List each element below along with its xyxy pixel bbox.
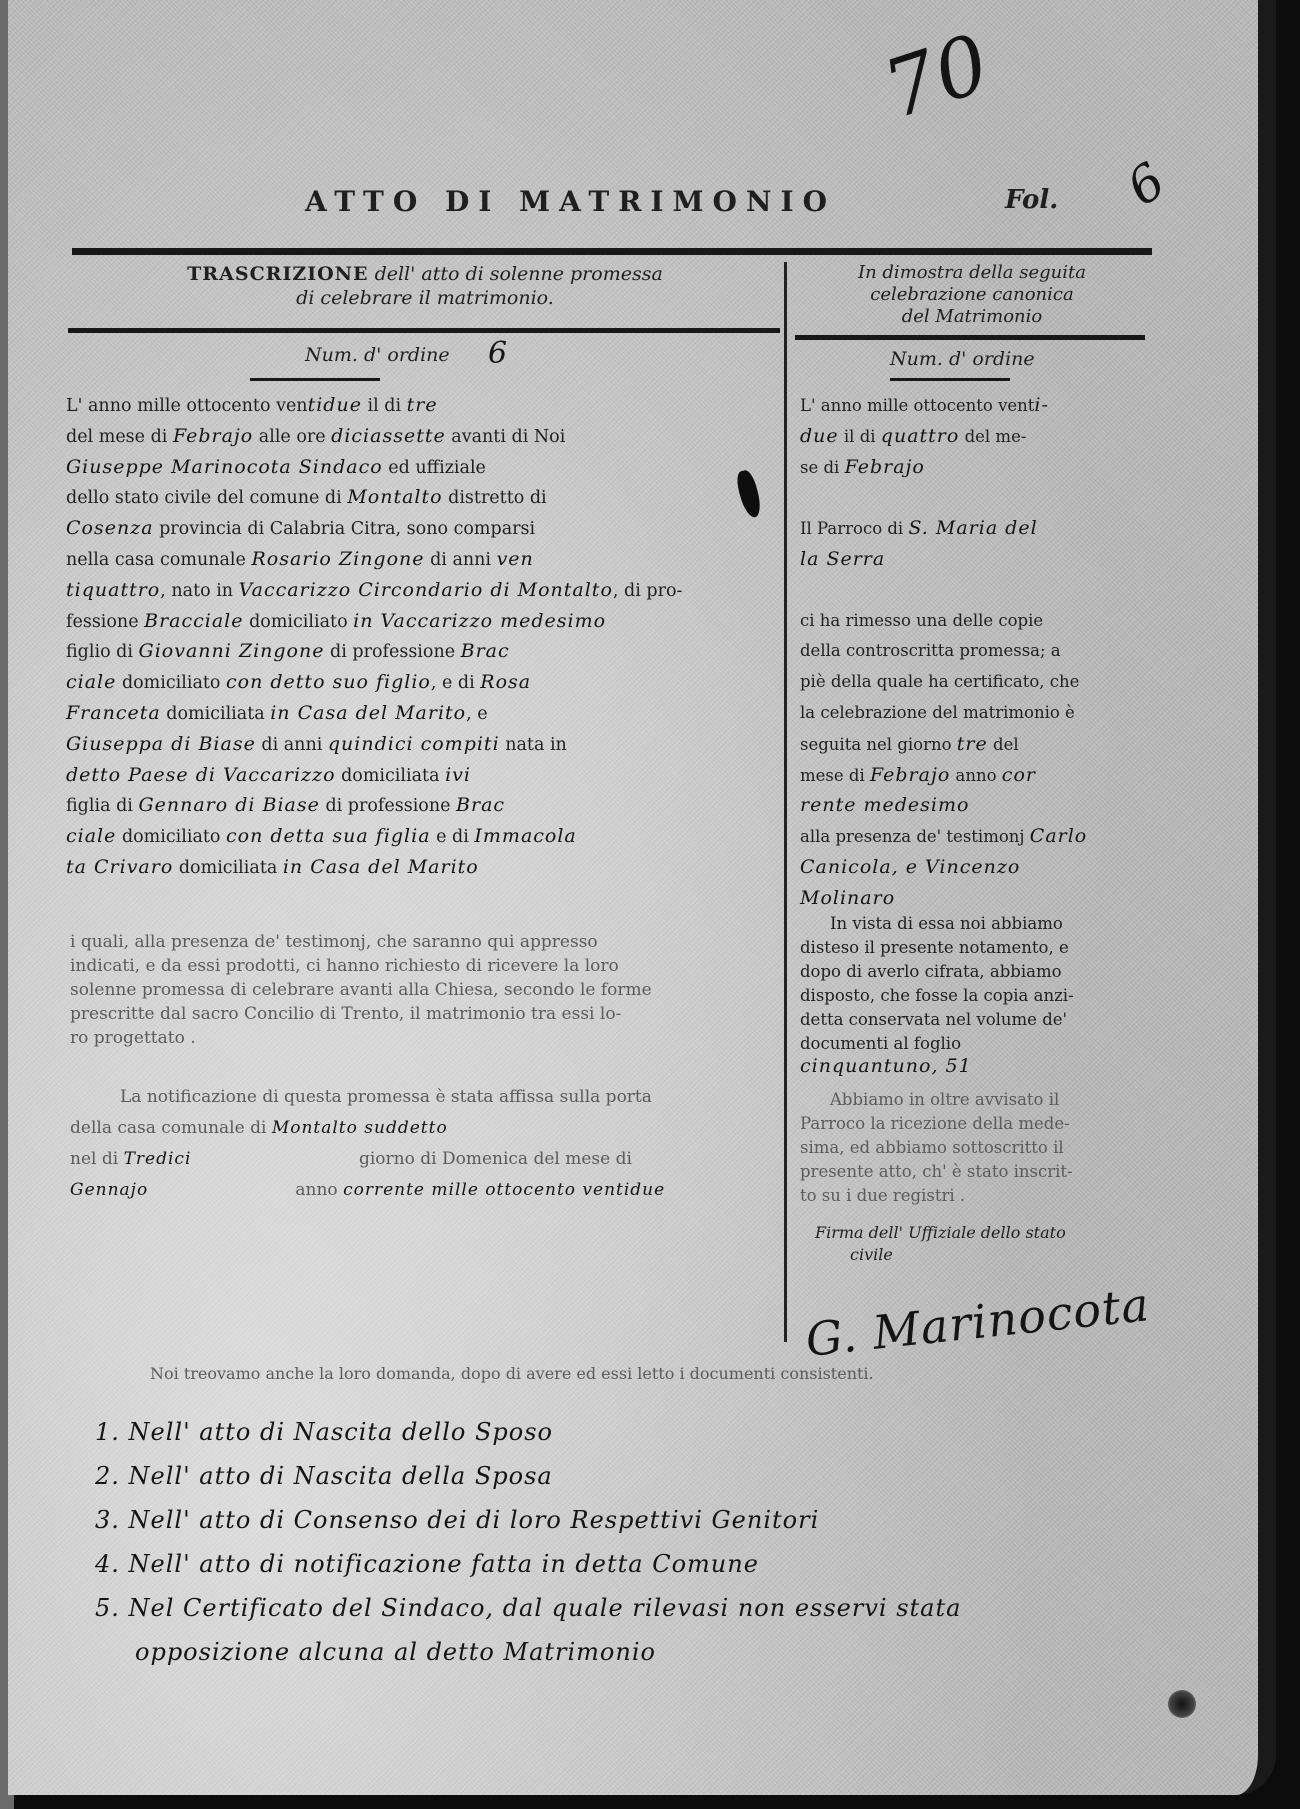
printed-text: di anni (256, 735, 328, 755)
avviso-line: sima, ed abbiamo sottoscritto il (800, 1136, 1073, 1160)
handwritten-entry: con detta sua figlia (226, 825, 431, 847)
notification-line3-rest: giorno di Domenica del mese di (354, 1149, 632, 1169)
handwritten-entry: ta Crivaro (66, 856, 173, 878)
printed-text: nata in (500, 735, 567, 755)
document-list-item: 1. Nell' atto di Nascita dello Sposo (95, 1410, 961, 1454)
handwritten-entry: tiquattro (66, 579, 160, 601)
right-line: ci ha rimesso una delle copie (800, 606, 1145, 637)
printed-text: domiciliata (173, 858, 283, 878)
left-order-underline (250, 378, 380, 381)
handwritten-entry: rente medesimo (800, 794, 969, 816)
printed-text: ci ha rimesso una delle copie (800, 611, 1043, 630)
right-line: se di Febrajo (800, 452, 1145, 483)
document-list-item: 5. Nel Certificato del Sindaco, dal qual… (95, 1586, 961, 1630)
printed-text: alla presenza de' testimonj (800, 827, 1030, 846)
printed-text: se di (800, 458, 845, 477)
printed-text: avanti di Noi (446, 427, 566, 447)
right-line (800, 575, 1145, 606)
handwritten-entry: Febrajo (870, 764, 950, 786)
handwritten-entry: detto Paese di Vaccarizzo (66, 764, 336, 786)
handwritten-entry: cor (1002, 764, 1036, 786)
handwritten-entry: i- (1034, 394, 1049, 416)
handwritten-entry: in Casa del Marito (270, 702, 466, 724)
document-list-item: 4. Nell' atto di notificazione fatta in … (95, 1542, 961, 1586)
request-paragraph: i quali, alla presenza de' testimonj, ch… (70, 930, 652, 1050)
left-column-header: TRASCRIZIONE dell' atto di solenne prome… (70, 262, 780, 310)
handwritten-entry: Vaccarizzo Circondario di Montalto (239, 579, 613, 601)
right-header-line2: celebrazione canonica (870, 284, 1073, 305)
handwritten-entry: ven (497, 548, 534, 570)
request-line: prescritte dal sacro Concilio di Trento,… (70, 1002, 652, 1026)
handwritten-entry: Immacola (474, 825, 576, 847)
avviso-line: Abbiamo in oltre avvisato il (800, 1088, 1073, 1112)
printed-text: mese di (800, 766, 870, 785)
printed-text: il di (839, 427, 881, 446)
right-line: seguita nel giorno tre del (800, 729, 1145, 760)
handwritten-entry: Febrajo (173, 425, 253, 447)
notification-place: Montalto suddetto (272, 1118, 448, 1138)
printed-text: figlio di (66, 642, 139, 662)
request-line: indicati, e da essi prodotti, ci hanno r… (70, 954, 652, 978)
handwritten-entry: S. Maria del (908, 517, 1037, 539)
column-divider (784, 262, 787, 1342)
vista-line: detta conservata nel volume de' (800, 1008, 1074, 1032)
handwritten-entry: ciale (66, 671, 116, 693)
handwritten-entry: in Casa del Marito (283, 856, 479, 878)
document-list-item: 3. Nell' atto di Consenso dei di loro Re… (95, 1498, 961, 1542)
handwritten-entry: Molinaro (800, 887, 895, 909)
handwritten-entry: in Vaccarizzo medesimo (353, 610, 606, 632)
right-line: piè della quale ha certificato, che (800, 667, 1145, 698)
handwritten-entry: con detto suo figlio (226, 671, 431, 693)
handwritten-entry: tre (407, 394, 438, 416)
handwritten-entry: quattro (881, 425, 960, 447)
handwritten-entry: Cosenza (66, 517, 154, 539)
printed-text: , e di (431, 673, 480, 693)
right-line: mese di Febrajo anno cor (800, 760, 1145, 791)
notification-day: Tredici (124, 1144, 354, 1175)
handwritten-entry: Carlo (1030, 825, 1087, 847)
printed-text: domiciliata (161, 704, 271, 724)
handwritten-entry: quindici compiti (328, 733, 500, 755)
printed-text: L' anno mille ottocento vent (800, 396, 1034, 415)
handwritten-entry: Giuseppe Marinocota Sindaco (66, 456, 383, 478)
right-column-body: L' anno mille ottocento venti-due il di … (800, 390, 1145, 914)
left-line: Franceta domiciliata in Casa del Marito,… (66, 698, 778, 729)
notification-line3-print: nel di (70, 1149, 124, 1169)
left-line: nella casa comunale Rosario Zingone di a… (66, 544, 778, 575)
left-line: Giuseppe Marinocota Sindaco ed uffiziale (66, 452, 778, 483)
documents-intro: Noi treovamo anche la loro domanda, dopo… (150, 1364, 874, 1383)
handwritten-entry: Brac (456, 794, 505, 816)
right-line (800, 482, 1145, 513)
handwritten-entry: Franceta (66, 702, 161, 724)
handwritten-entry: due (800, 425, 839, 447)
header-bold-word: TRASCRIZIONE (187, 263, 368, 285)
printed-text: dello stato civile del comune di (66, 488, 347, 508)
printed-text: , e (466, 704, 487, 724)
printed-text: Il Parroco di (800, 519, 908, 538)
right-line: alla presenza de' testimonj Carlo (800, 821, 1145, 852)
printed-text: figlia di (66, 796, 138, 816)
handwritten-entry: tre (957, 733, 988, 755)
printed-text: distretto di (443, 488, 547, 508)
header-rest: dell' atto di solenne promessa (375, 263, 663, 285)
notification-paragraph: La notificazione di questa promessa è st… (70, 1082, 665, 1206)
vista-line: documenti al foglio (800, 1032, 1074, 1056)
signature-label-line2: civile (815, 1244, 1066, 1266)
printed-text: del (988, 735, 1019, 754)
printed-text: provincia di Calabria Citra, sono compar… (154, 519, 536, 539)
handwritten-entry: Rosa (480, 671, 531, 693)
printed-text: domiciliato (116, 827, 226, 847)
vista-line: disposto, che fosse la copia anzi- (800, 984, 1074, 1008)
left-line: ciale domiciliato con detta sua figlia e… (66, 821, 778, 852)
left-line: ciale domiciliato con detto suo figlio, … (66, 667, 778, 698)
handwritten-entry: Brac (461, 640, 510, 662)
printed-text: domiciliato (244, 612, 354, 632)
documents-list: 1. Nell' atto di Nascita dello Sposo2. N… (95, 1410, 961, 1674)
left-column-body: L' anno mille ottocento ventidue il di t… (66, 390, 778, 883)
printed-text: della controscritta promessa; a (800, 641, 1061, 660)
left-line: dello stato civile del comune di Montalt… (66, 482, 778, 513)
handwritten-entry: Giovanni Zingone (139, 640, 325, 662)
printed-text: del me- (959, 427, 1026, 446)
left-line: Giuseppa di Biase di anni quindici compi… (66, 729, 778, 760)
right-order-underline (890, 378, 1010, 381)
handwritten-entry: Febrajo (845, 456, 925, 478)
left-line: L' anno mille ottocento ventidue il di t… (66, 390, 778, 421)
avviso-line: to su i due registri . (800, 1184, 1073, 1208)
document-list-item: opposizione alcuna al detto Matrimonio (95, 1630, 961, 1674)
notification-line2-print: della casa comunale di (70, 1118, 272, 1138)
right-order-label: Num. d' ordine (890, 348, 1035, 370)
left-line: figlio di Giovanni Zingone di profession… (66, 636, 778, 667)
printed-text: di professione (320, 796, 456, 816)
notification-month: Gennajo (70, 1175, 290, 1206)
left-line: fessione Bracciale domiciliato in Vaccar… (66, 606, 778, 637)
printed-text: fessione (66, 612, 144, 632)
top-rule (72, 248, 1152, 255)
printed-text: domiciliata (336, 766, 446, 786)
document-list-item: 2. Nell' atto di Nascita della Sposa (95, 1454, 961, 1498)
printed-text: domiciliato (116, 673, 226, 693)
handwritten-entry: Canicola, e Vincenzo (800, 856, 1020, 878)
right-line: L' anno mille ottocento venti- (800, 390, 1145, 421)
left-line: figlia di Gennaro di Biase di profession… (66, 790, 778, 821)
right-line: la Serra (800, 544, 1145, 575)
printed-text: alle ore (253, 427, 331, 447)
right-column-header: In dimostra della seguita celebrazione c… (792, 262, 1152, 328)
notification-year: corrente mille ottocento ventidue (343, 1180, 665, 1200)
left-line: Cosenza provincia di Calabria Citra, son… (66, 513, 778, 544)
folio-label: Fol. (1005, 185, 1058, 215)
printed-text: di anni (425, 550, 497, 570)
request-line: solenne promessa di celebrare avanti all… (70, 978, 652, 1002)
printed-text: nella casa comunale (66, 550, 251, 570)
right-line: Il Parroco di S. Maria del (800, 513, 1145, 544)
printed-text: seguita nel giorno (800, 735, 957, 754)
left-line: del mese di Febrajo alle ore diciassette… (66, 421, 778, 452)
right-header-line1: In dimostra della seguita (858, 262, 1086, 283)
right-line: la celebrazione del matrimonio è (800, 698, 1145, 729)
printed-text: , nato in (160, 581, 238, 601)
request-line: ro progettato . (70, 1026, 652, 1050)
right-header-rule (795, 335, 1145, 340)
printed-text: e di (431, 827, 475, 847)
printed-text: ed uffiziale (383, 458, 486, 478)
notification-line1: La notificazione di questa promessa è st… (70, 1082, 665, 1113)
left-line: tiquattro, nato in Vaccarizzo Circondari… (66, 575, 778, 606)
left-order-number: 6 (488, 336, 508, 371)
handwritten-entry: la Serra (800, 548, 885, 570)
printed-text: di professione (324, 642, 460, 662)
printed-text: anno (950, 766, 1002, 785)
signature-label-line1: Firma dell' Uffiziale dello stato (815, 1222, 1066, 1244)
notification-year-label: anno (290, 1180, 343, 1200)
right-line: due il di quattro del me- (800, 421, 1145, 452)
left-line: ta Crivaro domiciliata in Casa del Marit… (66, 852, 778, 883)
handwritten-entry: ciale (66, 825, 116, 847)
right-line: della controscritta promessa; a (800, 636, 1145, 667)
left-order-label: Num. d' ordine (305, 344, 450, 366)
left-header-rule (68, 328, 780, 333)
handwritten-entry: Giuseppa di Biase (66, 733, 256, 755)
printed-text: il di (362, 396, 407, 416)
printed-text: la celebrazione del matrimonio è (800, 703, 1075, 722)
avviso-line: presente atto, ch' è stato inscrit- (800, 1160, 1073, 1184)
handwritten-entry: ivi (445, 764, 471, 786)
avviso-line: Parroco la ricezione della mede- (800, 1112, 1073, 1136)
vista-paragraph: In vista di essa noi abbiamodisteso il p… (800, 912, 1074, 1056)
right-line: Molinaro (800, 883, 1145, 914)
right-line: rente medesimo (800, 790, 1145, 821)
avviso-paragraph: Abbiamo in oltre avvisato ilParroco la r… (800, 1088, 1073, 1208)
handwritten-entry: Gennaro di Biase (138, 794, 319, 816)
handwritten-entry: Rosario Zingone (251, 548, 424, 570)
vista-line: disteso il presente notamento, e (800, 936, 1074, 960)
document-title: ATTO DI MATRIMONIO (305, 185, 836, 218)
handwritten-entry: Bracciale (144, 610, 243, 632)
request-line: i quali, alla presenza de' testimonj, ch… (70, 930, 652, 954)
handwritten-entry: diciassette (331, 425, 446, 447)
handwritten-entry: tidue (308, 394, 362, 416)
vista-line: In vista di essa noi abbiamo (800, 912, 1074, 936)
stain-mark (1168, 1690, 1196, 1718)
printed-text: del mese di (66, 427, 173, 447)
handwritten-entry: Montalto (347, 486, 442, 508)
left-line: detto Paese di Vaccarizzo domiciliata iv… (66, 760, 778, 791)
printed-text: , di pro- (613, 581, 683, 601)
folio-reference: cinquantuno, 51 (800, 1055, 972, 1077)
vista-line: dopo di averlo cifrata, abbiamo (800, 960, 1074, 984)
right-line: Canicola, e Vincenzo (800, 852, 1145, 883)
right-header-line3: del Matrimonio (902, 306, 1043, 327)
printed-text: piè della quale ha certificato, che (800, 672, 1079, 691)
signature-label: Firma dell' Uffiziale dello stato civile (815, 1222, 1066, 1266)
printed-text: L' anno mille ottocento ven (66, 396, 308, 416)
header-line2: di celebrare il matrimonio. (296, 287, 554, 309)
